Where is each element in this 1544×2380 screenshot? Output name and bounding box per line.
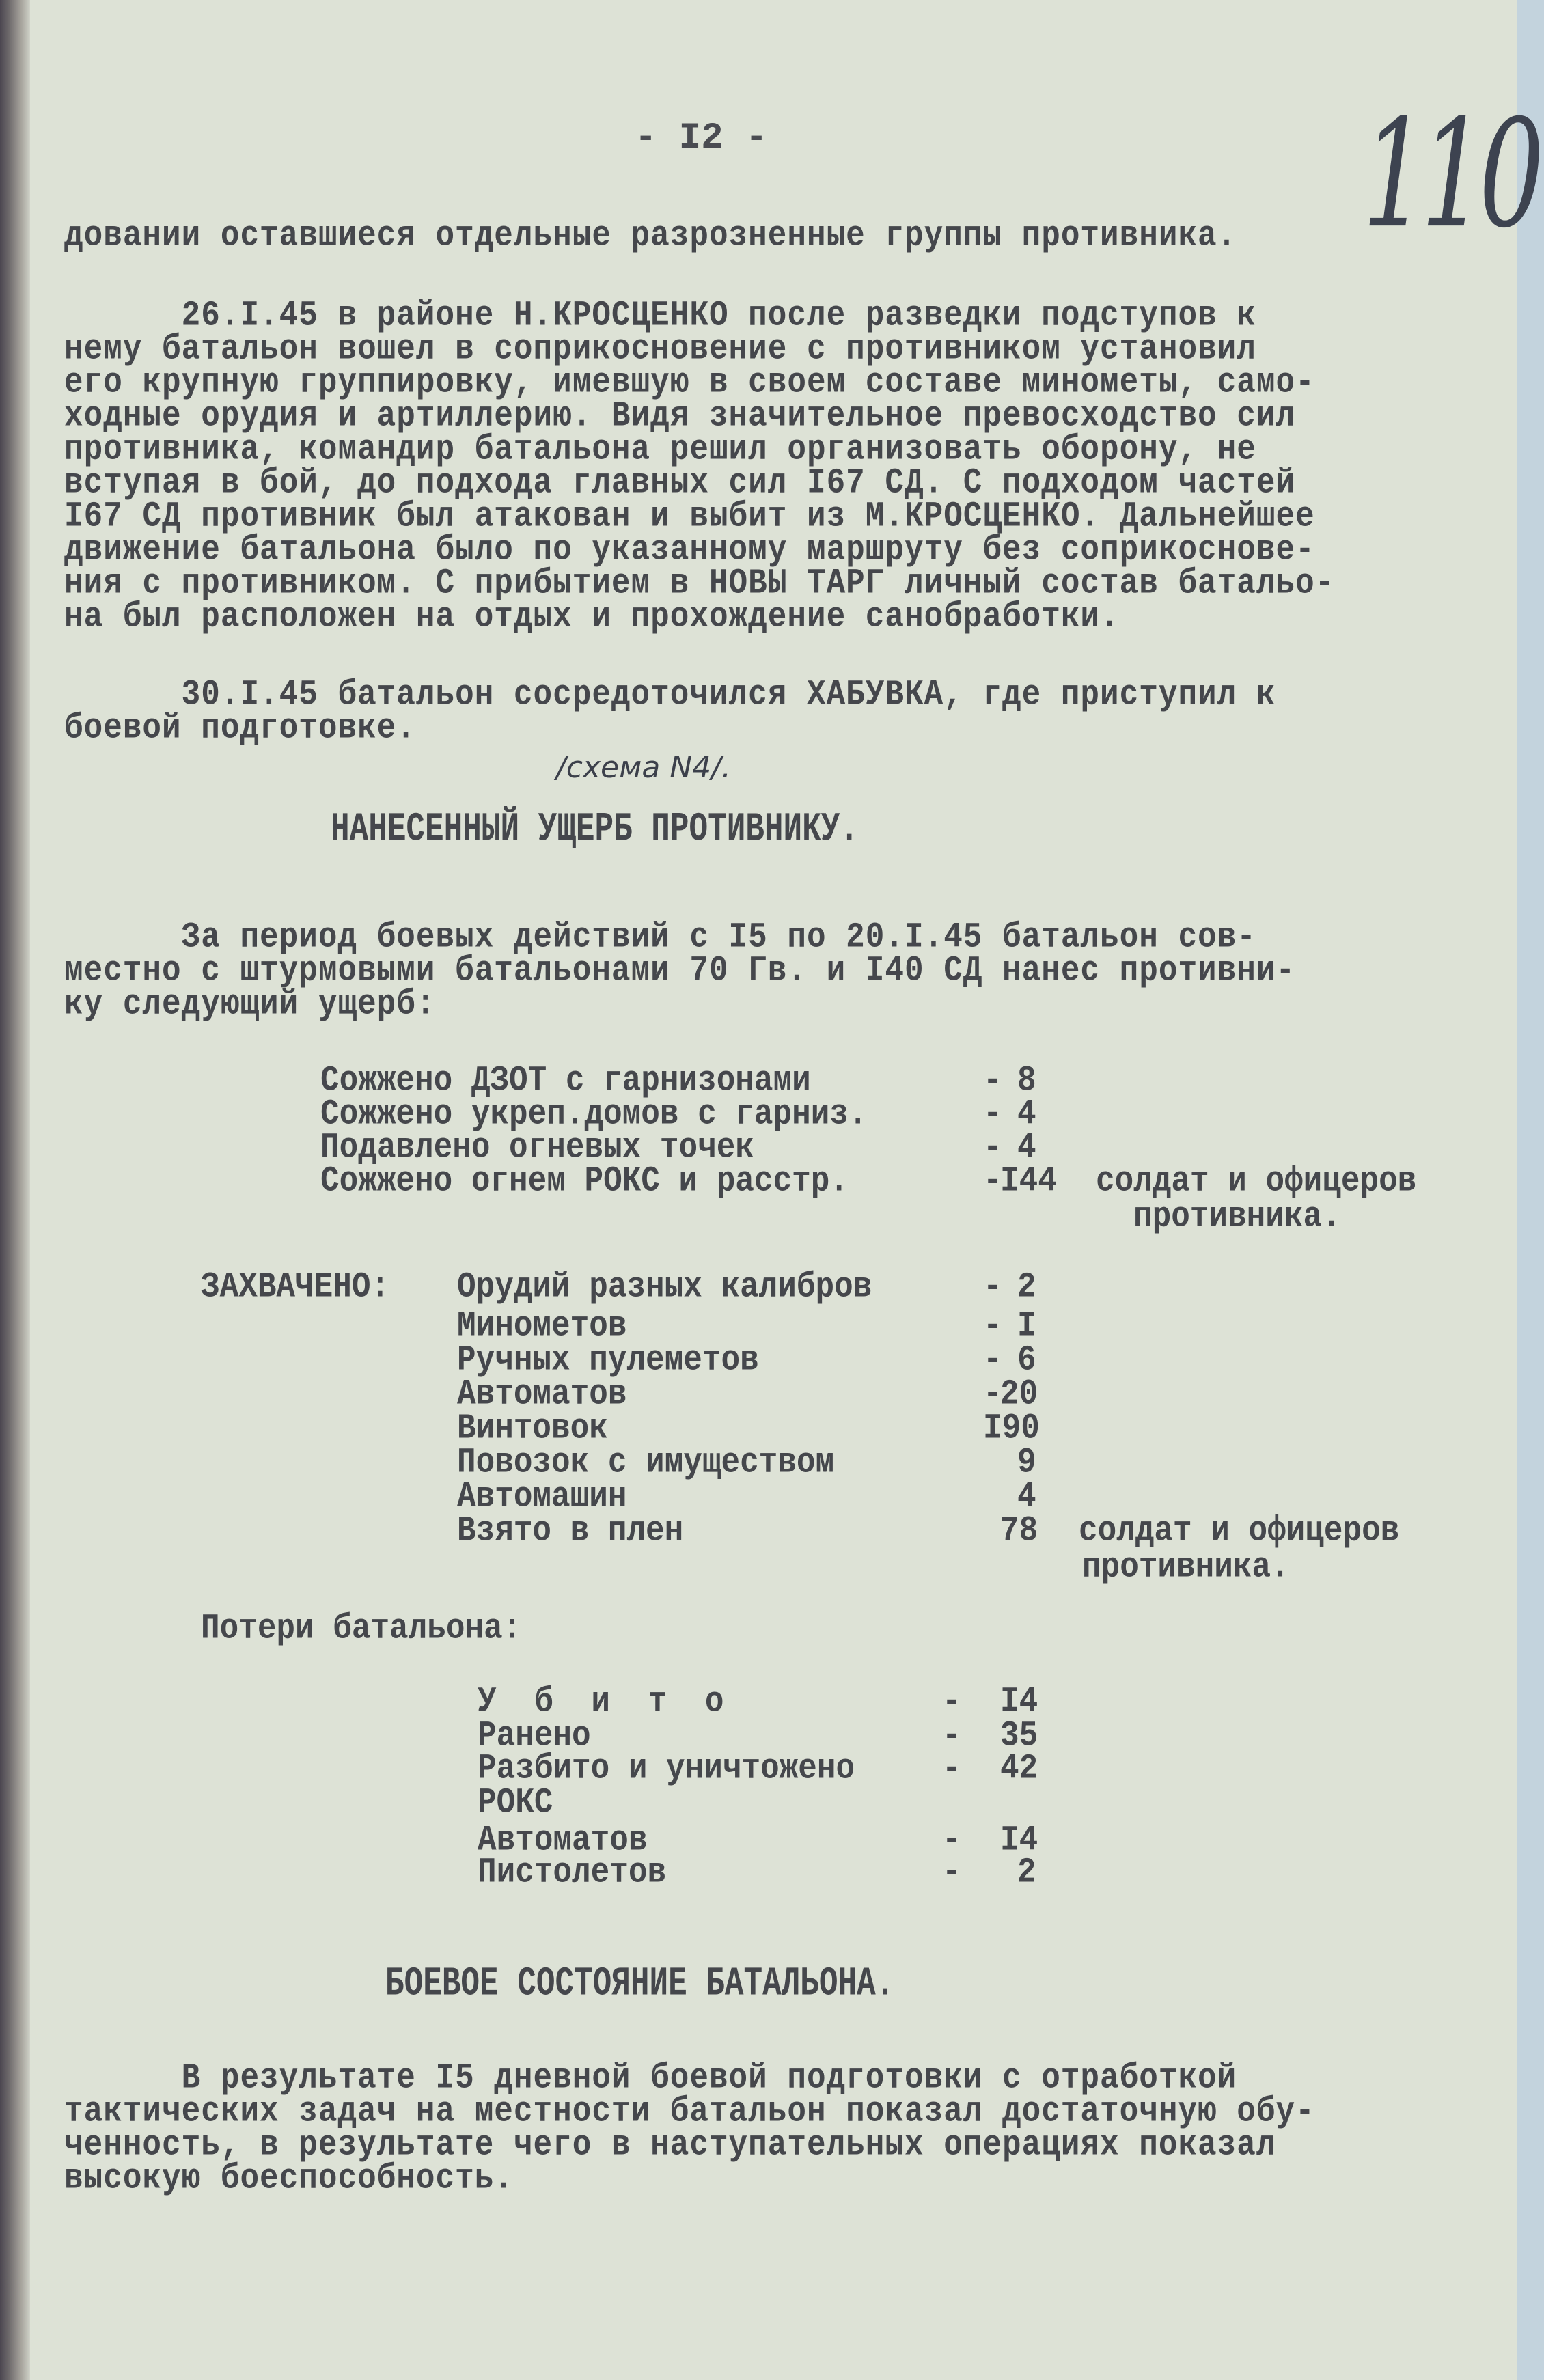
archive-folio-number: 110 bbox=[1362, 89, 1537, 261]
list-item-note: противника. bbox=[1133, 1197, 1341, 1236]
list-item-value: 2 bbox=[1017, 1267, 1036, 1307]
list-item-label: Орудий разных калибров bbox=[457, 1267, 872, 1307]
text-line: ку следующий ущерб: bbox=[64, 986, 436, 1023]
list-item-value: I44 bbox=[1000, 1161, 1057, 1201]
list-item-label: Взято в плен bbox=[457, 1511, 683, 1551]
page-number: - I2 - bbox=[635, 117, 767, 159]
list-item-value: 78 bbox=[1000, 1511, 1038, 1551]
text-line: на был расположен на отдых и прохождение… bbox=[64, 598, 1120, 636]
list-item-note: противника. bbox=[1082, 1547, 1290, 1587]
list-item-dash: - bbox=[983, 1267, 1002, 1307]
continuation-line: довании оставшиеся отдельные разрозненны… bbox=[64, 217, 1237, 255]
list-item-dash: - bbox=[942, 1749, 961, 1788]
list-item-label: РОКС bbox=[478, 1783, 553, 1823]
list-item-value: 42 bbox=[1000, 1749, 1038, 1788]
list-item-note: солдат и офицеров bbox=[1079, 1511, 1399, 1551]
text-line: высокую боеспособность. bbox=[64, 2160, 514, 2198]
section-heading-damage: НАНЕСЕННЫЙ УЩЕРБ ПРОТИВНИКУ. bbox=[331, 806, 859, 853]
handwritten-scheme-note: /схема N4/. bbox=[556, 750, 731, 785]
list-item-dash: - bbox=[942, 1853, 961, 1892]
list-item-value: 2 bbox=[1017, 1853, 1036, 1892]
scan-right-edge bbox=[1517, 0, 1544, 2380]
section-heading-losses: Потери батальона: bbox=[201, 1609, 521, 1648]
text-line: боевой подготовке. bbox=[64, 710, 416, 747]
list-item-label: Сожжено огнем РОКС и расстр. bbox=[320, 1161, 849, 1201]
list-item-note: солдат и офицеров bbox=[1096, 1161, 1416, 1201]
document-page: - I2 - 110 довании оставшиеся отдельные … bbox=[30, 0, 1517, 2380]
list-item-dash: - bbox=[983, 1161, 1002, 1201]
section-heading-status: БОЕВОЕ СОСТОЯНИЕ БАТАЛЬОНА. bbox=[385, 1961, 894, 2007]
list-item-label: Пистолетов bbox=[478, 1853, 666, 1892]
scan-left-edge bbox=[0, 0, 30, 2380]
captured-label: ЗАХВАЧЕНО: bbox=[201, 1267, 389, 1307]
